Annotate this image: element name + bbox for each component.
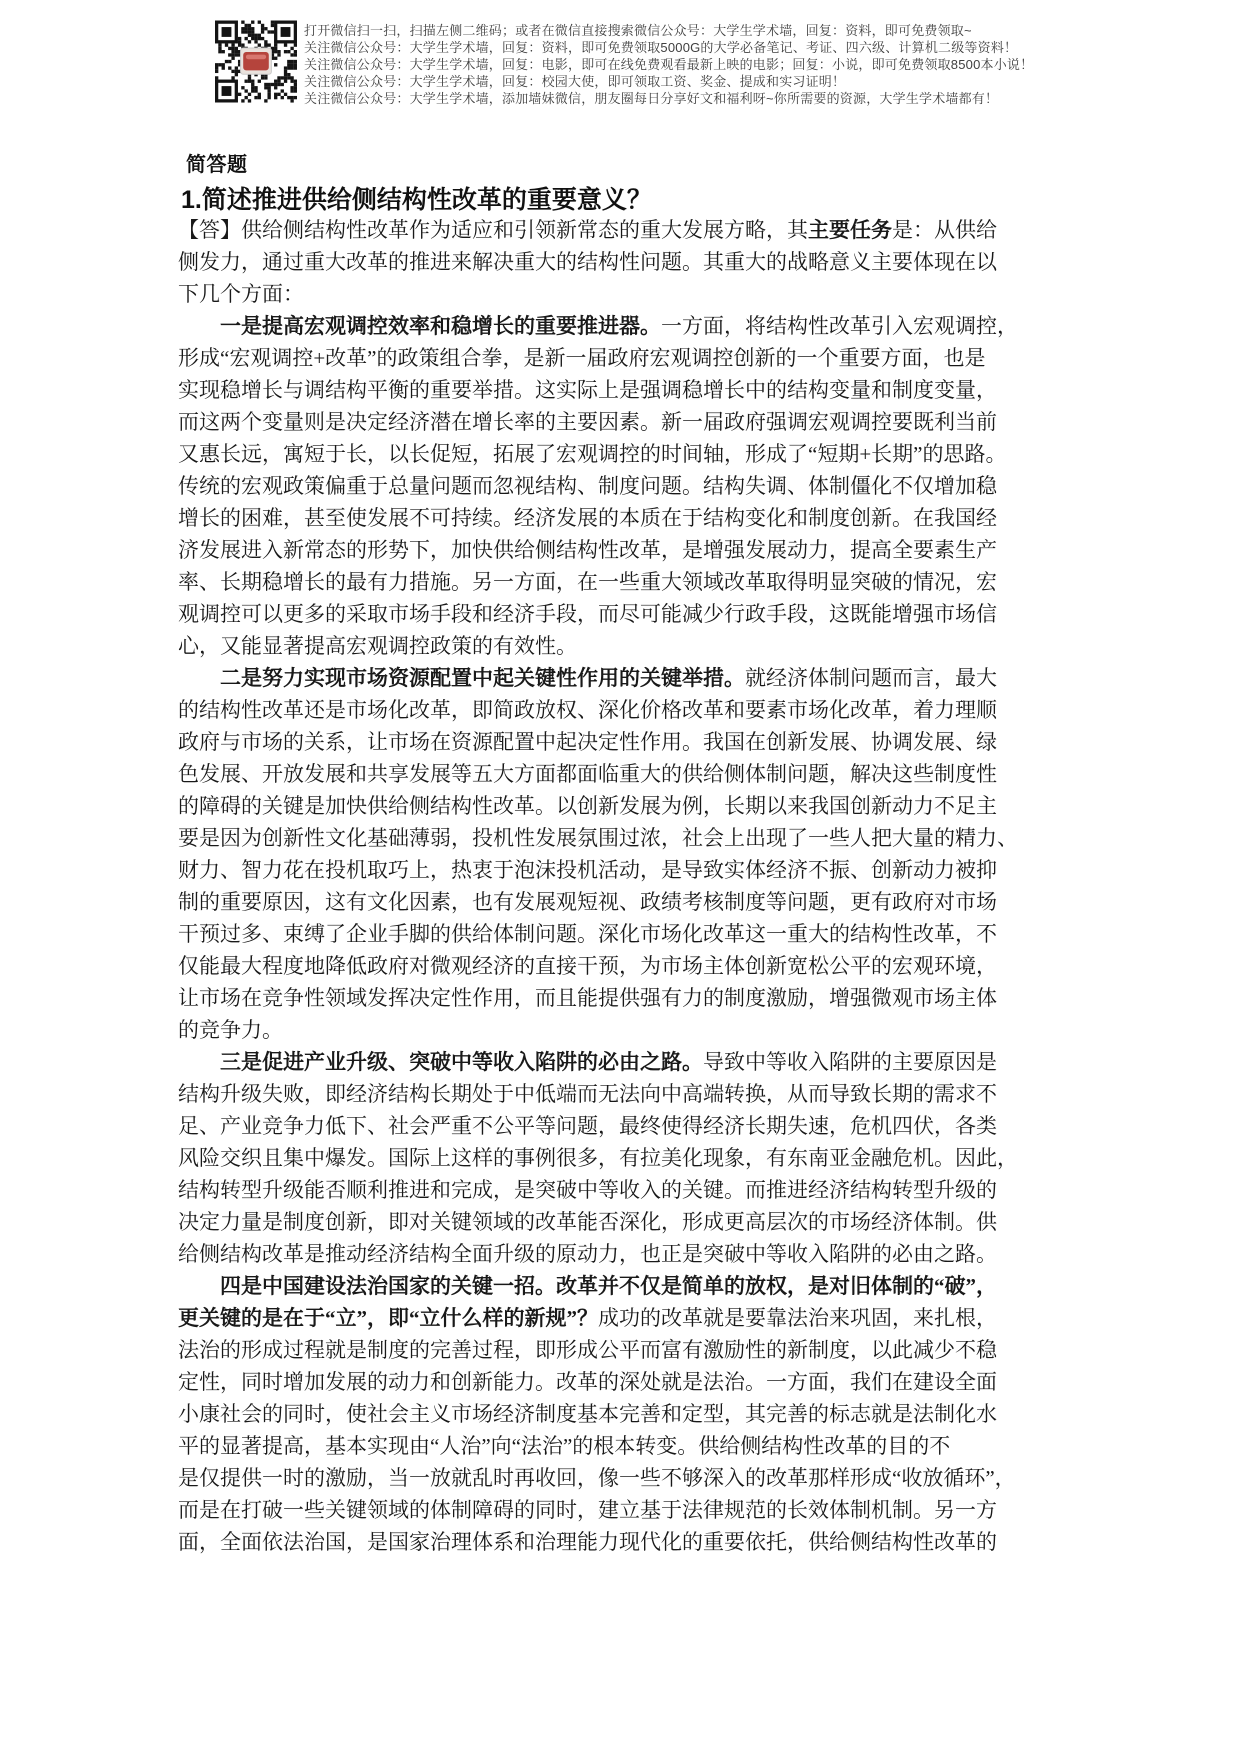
answer-line: 风险交织且集中爆发。国际上这样的事例很多，有拉美化现象，有东南亚金融危机。因此， [178, 1142, 1118, 1174]
answer-line: 实现稳增长与调结构平衡的重要举措。这实际上是强调稳增长中的结构变量和制度变量， [178, 374, 1118, 406]
answer-line: 法治的形成过程就是制度的完善过程，即形成公平而富有激励性的新制度，以此减少不稳 [178, 1334, 1118, 1366]
answer-line: 政府与市场的关系，让市场在资源配置中起决定性作用。我国在创新发展、协调发展、绿 [178, 726, 1118, 758]
answer-line: 定性，同时增加发展的动力和创新能力。改革的深处就是法治。一方面，我们在建设全面 [178, 1366, 1118, 1398]
answer-text-run: 要是因为创新性文化基础薄弱，投机性发展氛围过浓，社会上出现了一些人把大量的精力、 [178, 826, 1018, 850]
answer-text-run: 小康社会的同时，使社会主义市场经济制度基本完善和定型，其完善的标志就是法制化水 [178, 1402, 997, 1426]
answer-line: 的结构性改革还是市场化改革，即简政放权、深化价格改革和要素市场化改革，着力理顺 [178, 694, 1118, 726]
answer-line: 要是因为创新性文化基础薄弱，投机性发展氛围过浓，社会上出现了一些人把大量的精力、 [178, 822, 1118, 854]
answer-line: 传统的宏观政策偏重于总量问题而忽视结构、制度问题。结构失调、体制僵化不仅增加稳 [178, 470, 1118, 502]
answer-text-run: 色发展、开放发展和共享发展等五大方面都面临重大的供给侧体制问题，解决这些制度性 [178, 762, 997, 786]
answer-text-run: 济发展进入新常态的形势下，加快供给侧结构性改革，是增强发展动力，提高全要素生产 [178, 538, 997, 562]
answer-line: 制的重要原因，这有文化因素，也有发展观短视、政绩考核制度等问题，更有政府对市场 [178, 886, 1118, 918]
answer-text-run: 让市场在竞争性领域发挥决定性作用，而且能提供强有力的制度激励，增强微观市场主体 [178, 986, 997, 1010]
answer-text-run: 是仅提供一时的激励，当一放就乱时再收回，像一些不够深入的改革那样形成“收放循环”… [178, 1466, 1016, 1490]
answer-line: 结构升级失败，即经济结构长期处于中低端而无法向中高端转换，从而导致长期的需求不 [178, 1078, 1118, 1110]
answer-text-run: 观调控可以更多的采取市场手段和经济手段，而尽可能减少行政手段，这既能增强市场信 [178, 602, 997, 626]
answer-text-run: 率、长期稳增长的最有力措施。另一方面，在一些重大领域改革取得明显突破的情况，宏 [178, 570, 997, 594]
answer-line: 给侧结构改革是推动经济结构全面升级的原动力，也正是突破中等收入陷阱的必由之路。 [178, 1238, 1118, 1270]
answer-text-run: 仅能最大程度地降低政府对微观经济的直接干预，为市场主体创新宽松公平的宏观环境， [178, 954, 997, 978]
answer-bold-run: 二是努力实现市场资源配置中起关键性作用的关键举措。 [220, 666, 745, 690]
answer-text-run: 就经济体制问题而言，最大 [745, 666, 997, 690]
answer-line: 平的显著提高，基本实现由“人治”向“法治”的根本转变。供给侧结构性改革的目的不 [178, 1430, 1118, 1462]
answer-text-run: 面，全面依法治国，是国家治理体系和治理能力现代化的重要依托，供给侧结构性改革的 [178, 1530, 997, 1554]
promo-line: 关注微信公众号：大学生学术墙，回复：资料，即可免费领取5000G的大学必备笔记、… [304, 39, 1033, 56]
answer-line: 又惠长远，寓短于长，以长促短，拓展了宏观调控的时间轴，形成了“短期+长期”的思路… [178, 438, 1118, 470]
answer-text-run: 又惠长远，寓短于长，以长促短，拓展了宏观调控的时间轴，形成了“短期+长期”的思路… [178, 442, 1006, 466]
answer-bold-run: 更关键的是在于“立”，即“立什么样的新规”？ [178, 1306, 598, 1330]
answer-line: 而是在打破一些关键领域的体制障碍的同时，建立基于法律规范的长效体制机制。另一方 [178, 1494, 1118, 1526]
answer-line: 形成“宏观调控+改革”的政策组合拳，是新一届政府宏观调控创新的一个重要方面，也是 [178, 342, 1118, 374]
answer-line: 干预过多、束缚了企业手脚的供给体制问题。深化市场化改革这一重大的结构性改革，不 [178, 918, 1118, 950]
question-title: 1.简述推进供给侧结构性改革的重要意义？ [181, 180, 652, 216]
answer-line: 率、长期稳增长的最有力措施。另一方面，在一些重大领域改革取得明显突破的情况，宏 [178, 566, 1118, 598]
answer-text-run: 实现稳增长与调结构平衡的重要举措。这实际上是强调稳增长中的结构变量和制度变量， [178, 378, 997, 402]
promo-line: 关注微信公众号：大学生学术墙，回复：电影，即可在线免费观看最新上映的电影；回复：… [304, 56, 1033, 73]
answer-line: 一是提高宏观调控效率和稳增长的重要推进器。一方面，将结构性改革引入宏观调控， [178, 310, 1118, 342]
answer-text-run: 财力、智力花在投机取巧上，热衷于泡沫投机活动，是导致实体经济不振、创新动力被抑 [178, 858, 997, 882]
answer-text-run: 心，又能显著提高宏观调控政策的有效性。 [178, 634, 577, 658]
answer-line: 财力、智力花在投机取巧上，热衷于泡沫投机活动，是导致实体经济不振、创新动力被抑 [178, 854, 1118, 886]
wechat-qr-code-icon [215, 20, 297, 103]
promo-header: 打开微信扫一扫，扫描左侧二维码；或者在微信直接搜索微信公众号：大学生学术墙，回复… [304, 22, 1033, 107]
answer-text-run: 结构升级失败，即经济结构长期处于中低端而无法向中高端转换，从而导致长期的需求不 [178, 1082, 997, 1106]
answer-text-run: 【答】供给侧结构性改革作为适应和引领新常态的重大发展方略，其 [178, 218, 808, 242]
answer-line: 决定力量是制度创新，即对关键领域的改革能否深化，形成更高层次的市场经济体制。供 [178, 1206, 1118, 1238]
answer-line: 观调控可以更多的采取市场手段和经济手段，而尽可能减少行政手段，这既能增强市场信 [178, 598, 1118, 630]
answer-line: 面，全面依法治国，是国家治理体系和治理能力现代化的重要依托，供给侧结构性改革的 [178, 1526, 1118, 1558]
answer-text-run: 侧发力，通过重大改革的推进来解决重大的结构性问题。其重大的战略意义主要体现在以 [178, 250, 997, 274]
answer-line: 仅能最大程度地降低政府对微观经济的直接干预，为市场主体创新宽松公平的宏观环境， [178, 950, 1118, 982]
answer-text-run: 的结构性改革还是市场化改革，即简政放权、深化价格改革和要素市场化改革，着力理顺 [178, 698, 997, 722]
answer-line: 四是中国建设法治国家的关键一招。改革并不仅是简单的放权，是对旧体制的“破”， [178, 1270, 1118, 1302]
answer-line: 而这两个变量则是决定经济潜在增长率的主要因素。新一届政府强调宏观调控要既利当前 [178, 406, 1118, 438]
answer-text-run: 导致中等收入陷阱的主要原因是 [703, 1050, 997, 1074]
answer-text-run: 结构转型升级能否顺利推进和完成，是突破中等收入的关键。而推进经济结构转型升级的 [178, 1178, 997, 1202]
answer-line: 的障碍的关键是加快供给侧结构性改革。以创新发展为例，长期以来我国创新动力不足主 [178, 790, 1118, 822]
answer-bold-run: 四是中国建设法治国家的关键一招。改革并不仅是简单的放权，是对旧体制的“破”， [220, 1274, 997, 1298]
answer-text-run: 增长的困难，甚至使发展不可持续。经济发展的本质在于结构变化和制度创新。在我国经 [178, 506, 997, 530]
answer-text-run: 形成“宏观调控+改革”的政策组合拳，是新一届政府宏观调控创新的一个重要方面，也是 [178, 346, 985, 370]
answer-line: 结构转型升级能否顺利推进和完成，是突破中等收入的关键。而推进经济结构转型升级的 [178, 1174, 1118, 1206]
answer-text-run: 制的重要原因，这有文化因素，也有发展观短视、政绩考核制度等问题，更有政府对市场 [178, 890, 997, 914]
answer-text-run: 成功的改革就是要靠法治来巩固，来扎根， [598, 1306, 997, 1330]
answer-line: 济发展进入新常态的形势下，加快供给侧结构性改革，是增强发展动力，提高全要素生产 [178, 534, 1118, 566]
answer-text-run: 而是在打破一些关键领域的体制障碍的同时，建立基于法律规范的长效体制机制。另一方 [178, 1498, 997, 1522]
answer-line: 下几个方面： [178, 278, 1118, 310]
answer-text-run: 一方面，将结构性改革引入宏观调控， [661, 314, 1018, 338]
answer-bold-run: 一是提高宏观调控效率和稳增长的重要推进器。 [220, 314, 661, 338]
answer-line: 侧发力，通过重大改革的推进来解决重大的结构性问题。其重大的战略意义主要体现在以 [178, 246, 1118, 278]
promo-line: 关注微信公众号：大学生学术墙，回复：校园大使，即可领取工资、奖金、提成和实习证明… [304, 73, 1033, 90]
answer-line: 色发展、开放发展和共享发展等五大方面都面临重大的供给侧体制问题，解决这些制度性 [178, 758, 1118, 790]
answer-line: 更关键的是在于“立”，即“立什么样的新规”？成功的改革就是要靠法治来巩固，来扎根… [178, 1302, 1118, 1334]
answer-line: 三是促进产业升级、突破中等收入陷阱的必由之路。导致中等收入陷阱的主要原因是 [178, 1046, 1118, 1078]
answer-text-run: 定性，同时增加发展的动力和创新能力。改革的深处就是法治。一方面，我们在建设全面 [178, 1370, 997, 1394]
section-title: 简答题 [186, 148, 248, 177]
answer-text-run: 的竞争力。 [178, 1018, 283, 1042]
answer-text-run: 足、产业竞争力低下、社会严重不公平等问题，最终使得经济长期失速，危机四伏，各类 [178, 1114, 997, 1138]
answer-text-run: 政府与市场的关系，让市场在资源配置中起决定性作用。我国在创新发展、协调发展、绿 [178, 730, 997, 754]
answer-line: 二是努力实现市场资源配置中起关键性作用的关键举措。就经济体制问题而言，最大 [178, 662, 1118, 694]
answer-line: 【答】供给侧结构性改革作为适应和引领新常态的重大发展方略，其主要任务是：从供给 [178, 214, 1118, 246]
answer-text-run: 决定力量是制度创新，即对关键领域的改革能否深化，形成更高层次的市场经济体制。供 [178, 1210, 997, 1234]
promo-line: 关注微信公众号：大学生学术墙，添加墙妹微信，朋友圈每日分享好文和福利呀~你所需要… [304, 90, 1033, 107]
answer-line: 是仅提供一时的激励，当一放就乱时再收回，像一些不够深入的改革那样形成“收放循环”… [178, 1462, 1118, 1494]
answer-text-run: 干预过多、束缚了企业手脚的供给体制问题。深化市场化改革这一重大的结构性改革，不 [178, 922, 997, 946]
answer-text-run: 是：从供给 [892, 218, 997, 242]
answer-line: 增长的困难，甚至使发展不可持续。经济发展的本质在于结构变化和制度创新。在我国经 [178, 502, 1118, 534]
answer-line: 的竞争力。 [178, 1014, 1118, 1046]
answer-line: 足、产业竞争力低下、社会严重不公平等问题，最终使得经济长期失速，危机四伏，各类 [178, 1110, 1118, 1142]
answer-text-run: 法治的形成过程就是制度的完善过程，即形成公平而富有激励性的新制度，以此减少不稳 [178, 1338, 997, 1362]
answer-text-run: 平的显著提高，基本实现由“人治”向“法治”的根本转变。供给侧结构性改革的目的不 [178, 1434, 950, 1458]
answer-line: 小康社会的同时，使社会主义市场经济制度基本完善和定型，其完善的标志就是法制化水 [178, 1398, 1118, 1430]
promo-line: 打开微信扫一扫，扫描左侧二维码；或者在微信直接搜索微信公众号：大学生学术墙，回复… [304, 22, 1033, 39]
answer-line: 让市场在竞争性领域发挥决定性作用，而且能提供强有力的制度激励，增强微观市场主体 [178, 982, 1118, 1014]
answer-line: 心，又能显著提高宏观调控政策的有效性。 [178, 630, 1118, 662]
answer-text-run: 下几个方面： [178, 282, 304, 306]
document-page: 打开微信扫一扫，扫描左侧二维码；或者在微信直接搜索微信公众号：大学生学术墙，回复… [0, 0, 1241, 1754]
answer-text-run: 给侧结构改革是推动经济结构全面升级的原动力，也正是突破中等收入陷阱的必由之路。 [178, 1242, 997, 1266]
answer-text-run: 的障碍的关键是加快供给侧结构性改革。以创新发展为例，长期以来我国创新动力不足主 [178, 794, 997, 818]
answer-text-run: 风险交织且集中爆发。国际上这样的事例很多，有拉美化现象，有东南亚金融危机。因此， [178, 1146, 1018, 1170]
answer-text-run: 传统的宏观政策偏重于总量问题而忽视结构、制度问题。结构失调、体制僵化不仅增加稳 [178, 474, 997, 498]
answer-bold-run: 主要任务 [808, 218, 892, 242]
answer-text: 【答】供给侧结构性改革作为适应和引领新常态的重大发展方略，其主要任务是：从供给侧… [178, 214, 1118, 1558]
answer-text-run: 而这两个变量则是决定经济潜在增长率的主要因素。新一届政府强调宏观调控要既利当前 [178, 410, 997, 434]
answer-bold-run: 三是促进产业升级、突破中等收入陷阱的必由之路。 [220, 1050, 703, 1074]
